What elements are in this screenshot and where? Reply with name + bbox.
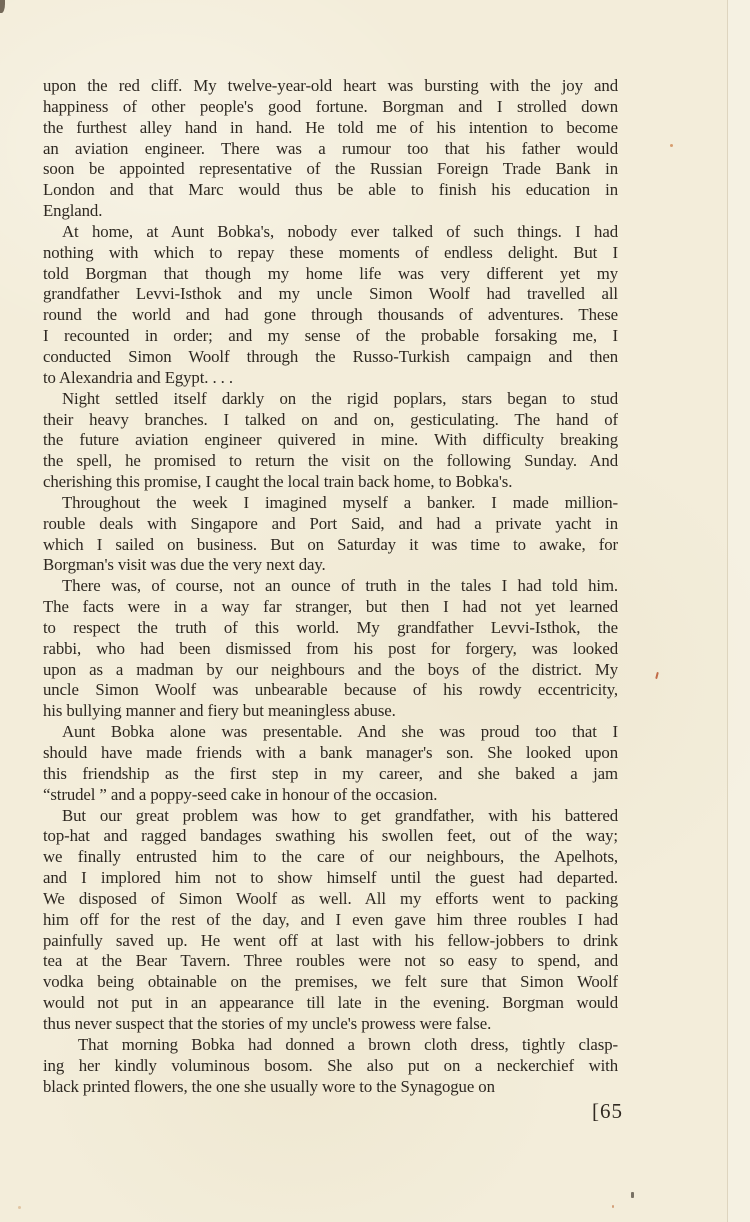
paragraph: Night settled itself darkly on the rigid… xyxy=(43,389,618,493)
text-line: the future aviation engineer quivered in… xyxy=(43,430,618,451)
text-line: Throughout the week I imagined myself a … xyxy=(43,493,618,514)
text-line: grandfather Levvi-Isthok and my uncle Si… xyxy=(43,284,618,305)
text-line: told Borgman that though my home life wa… xyxy=(43,264,618,285)
text-line: we finally entrusted him to the care of … xyxy=(43,847,618,868)
text-line: to respect the truth of this world. My g… xyxy=(43,618,618,639)
paragraph: That morning Bobka had donned a brown cl… xyxy=(43,1035,618,1098)
text-line: their heavy branches. I talked on and on… xyxy=(43,410,618,431)
scan-speck-bottom-left xyxy=(18,1206,21,1209)
text-line: nothing with which to repay these moment… xyxy=(43,243,618,264)
paragraph: upon the red cliff. My twelve-year-old h… xyxy=(43,76,618,222)
text-line: rabbi, who had been dismissed from his p… xyxy=(43,639,618,660)
text-line: But our great problem was how to get gra… xyxy=(43,806,618,827)
paragraph: At home, at Aunt Bobka's, nobody ever ta… xyxy=(43,222,618,389)
text-line: London and that Marc would thus be able … xyxy=(43,180,618,201)
text-line: and I implored him not to show himself u… xyxy=(43,868,618,889)
paragraph: But our great problem was how to get gra… xyxy=(43,806,618,1035)
text-line: ing her kindly voluminous bosom. She als… xyxy=(43,1056,618,1077)
text-line: uncle Simon Woolf was unbearable because… xyxy=(43,680,618,701)
text-line: rouble deals with Singapore and Port Sai… xyxy=(43,514,618,535)
paragraph: Aunt Bobka alone was presentable. And sh… xyxy=(43,722,618,805)
text-line: black printed flowers, the one she usual… xyxy=(43,1077,618,1098)
text-line: Aunt Bobka alone was presentable. And sh… xyxy=(43,722,618,743)
text-line: the spell, he promised to return the vis… xyxy=(43,451,618,472)
scan-speck-orange-small xyxy=(612,1205,614,1208)
scan-speck-orange xyxy=(670,144,673,147)
text-line: should have made friends with a bank man… xyxy=(43,743,618,764)
text-line: There was, of course, not an ounce of tr… xyxy=(43,576,618,597)
text-line: this friendship as the first step in my … xyxy=(43,764,618,785)
text-line: cherishing this promise, I caught the lo… xyxy=(43,472,618,493)
text-line: Night settled itself darkly on the rigid… xyxy=(43,389,618,410)
text-line: tea at the Bear Tavern. Three roubles we… xyxy=(43,951,618,972)
text-line: upon as a madman by our neighbours and t… xyxy=(43,660,618,681)
text-line: Borgman's visit was due the very next da… xyxy=(43,555,618,576)
text-line: I recounted in order; and my sense of th… xyxy=(43,326,618,347)
text-line: him off for the rest of the day, and I e… xyxy=(43,910,618,931)
text-line: painfully saved up. He went off at last … xyxy=(43,931,618,952)
scan-speck-red xyxy=(655,672,659,679)
text-line: That morning Bobka had donned a brown cl… xyxy=(43,1035,618,1056)
text-line: round the world and had gone through tho… xyxy=(43,305,618,326)
text-line: “strudel ” and a poppy-seed cake in hono… xyxy=(43,785,618,806)
text-line: We disposed of Simon Woolf as well. All … xyxy=(43,889,618,910)
text-line: soon be appointed representative of the … xyxy=(43,159,618,180)
page-edge-margin xyxy=(728,0,750,1222)
paragraph: Throughout the week I imagined myself a … xyxy=(43,493,618,576)
text-line: would not put in an appearance till late… xyxy=(43,993,618,1014)
text-line: England. xyxy=(43,201,618,222)
paragraph: There was, of course, not an ounce of tr… xyxy=(43,576,618,722)
text-line: an aviation engineer. There was a rumour… xyxy=(43,139,618,160)
text-line: the furthest alley hand in hand. He told… xyxy=(43,118,618,139)
text-line: The facts were in a way far stranger, bu… xyxy=(43,597,618,618)
page-number: [65 xyxy=(592,1096,623,1126)
text-line: which I sailed on business. But on Satur… xyxy=(43,535,618,556)
text-line: vodka being obtainable on the premises, … xyxy=(43,972,618,993)
text-line: upon the red cliff. My twelve-year-old h… xyxy=(43,76,618,97)
text-line: happiness of other people's good fortune… xyxy=(43,97,618,118)
page-text-block: upon the red cliff. My twelve-year-old h… xyxy=(43,76,618,1097)
page-edge-line xyxy=(727,0,728,1222)
book-page-scan: upon the red cliff. My twelve-year-old h… xyxy=(0,0,750,1222)
text-line: his bullying manner and fiery but meanin… xyxy=(43,701,618,722)
scan-speck-top-left xyxy=(0,0,5,13)
text-line: thus never suspect that the stories of m… xyxy=(43,1014,618,1035)
text-line: conducted Simon Woolf through the Russo-… xyxy=(43,347,618,368)
text-line: At home, at Aunt Bobka's, nobody ever ta… xyxy=(43,222,618,243)
text-line: top-hat and ragged bandages swathing his… xyxy=(43,826,618,847)
scan-speck-dark xyxy=(631,1192,634,1198)
text-line: to Alexandria and Egypt. . . . xyxy=(43,368,618,389)
